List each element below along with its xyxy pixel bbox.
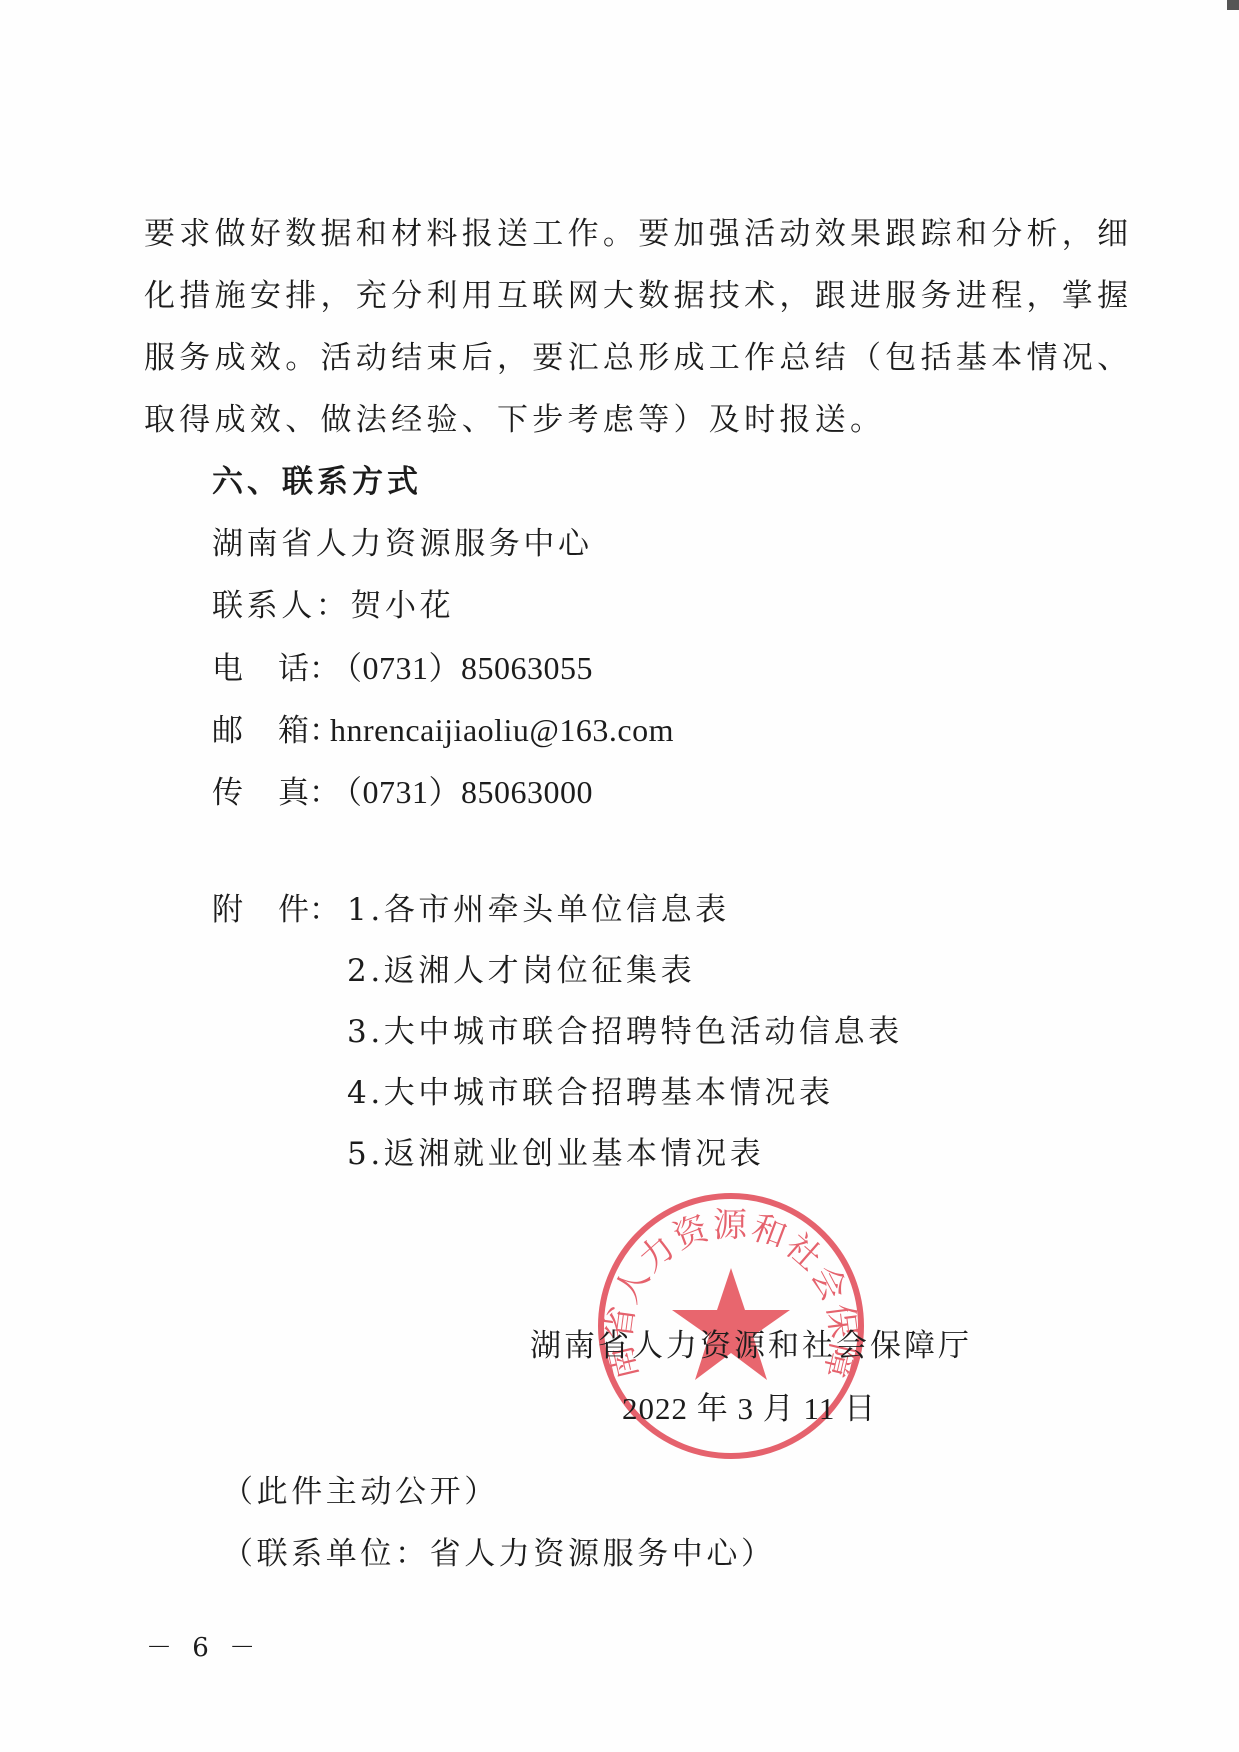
paragraph-line: 要求做好数据和材料报送工作。要加强活动效果跟踪和分析，细: [144, 214, 1074, 254]
attachments-label-row: 附件：1.各市州牵头单位信息表: [212, 890, 730, 930]
phone-number: （0731）85063055: [330, 650, 593, 686]
contact-person-row: 联系人：贺小花: [212, 586, 454, 626]
attachments-label-a: 附: [212, 890, 278, 930]
phone-row: 电话：（0731）85063055: [212, 648, 593, 689]
attachment-item: 3.大中城市联合招聘特色活动信息表: [347, 1012, 903, 1052]
attachment-item: 5.返湘就业创业基本情况表: [347, 1134, 764, 1174]
email-address[interactable]: hnrencaijiaoliu@163.com: [330, 712, 674, 748]
signing-date: 2022 年 3 月 11 日: [622, 1389, 876, 1429]
section-heading: 六、联系方式: [212, 462, 422, 502]
fax-number: （0731）85063000: [330, 774, 593, 810]
fax-label-a: 传: [212, 773, 278, 813]
phone-label-a: 电: [212, 649, 278, 689]
signing-organization: 湖南省人力资源和社会保障厅: [530, 1326, 972, 1366]
fax-row: 传真：（0731）85063000: [212, 772, 593, 813]
attachments-label-b: 件：: [278, 890, 340, 930]
email-row: 邮箱：hnrencaijiaoliu@163.com: [212, 710, 674, 751]
paragraph-line: 服务成效。活动结束后，要汇总形成工作总结（包括基本情况、: [144, 338, 1074, 378]
paragraph-line: 化措施安排，充分利用互联网大数据技术，跟进服务进程，掌握: [144, 276, 1074, 316]
scan-corner-mark: [1227, 0, 1239, 10]
contact-unit-note: （联系单位：省人力资源服务中心）: [222, 1534, 776, 1574]
contact-person-name: 贺小花: [350, 588, 454, 624]
attachment-item: 4.大中城市联合招聘基本情况表: [347, 1073, 834, 1113]
contact-person-label: 联系人：: [212, 588, 350, 624]
paragraph-line: 取得成效、做法经验、下步考虑等）及时报送。: [144, 400, 1074, 440]
email-label-a: 邮: [212, 711, 278, 751]
disclosure-note: （此件主动公开）: [222, 1472, 499, 1512]
attachment-item: 2.返湘人才岗位征集表: [347, 951, 695, 991]
document-page: 要求做好数据和材料报送工作。要加强活动效果跟踪和分析，细 化措施安排，充分利用互…: [0, 0, 1239, 1752]
attachment-item: 1.各市州牵头单位信息表: [347, 892, 730, 928]
page-number: － 6 －: [146, 1627, 261, 1664]
contact-organization: 湖南省人力资源服务中心: [212, 524, 593, 564]
